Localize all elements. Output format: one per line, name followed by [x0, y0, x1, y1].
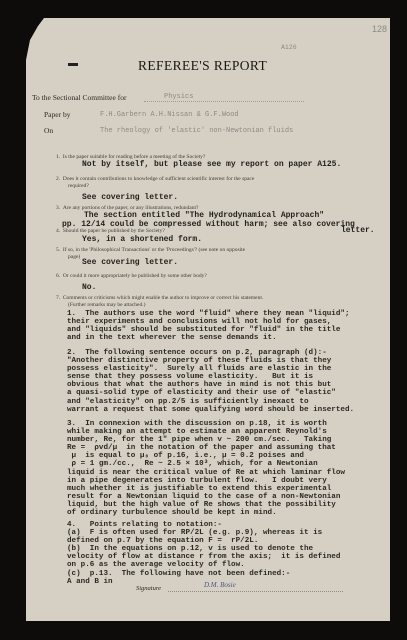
- answer-3-line-3: letter.: [341, 226, 375, 235]
- question-5: 5. If so, in the 'Philosophical Transact…: [56, 247, 245, 254]
- question-4: 4. Should the paper be published by the …: [56, 228, 165, 235]
- committee-field: Physics: [144, 93, 304, 102]
- signature-line: [168, 591, 343, 592]
- comment-4: 4. Points relating to notation:- (a) F i…: [67, 521, 340, 586]
- question-5-cont: page): [68, 254, 80, 261]
- answer-6: No.: [82, 283, 96, 292]
- signature-label: Signature: [136, 585, 161, 592]
- question-7: 7. Comments or criticisms which might en…: [56, 295, 263, 302]
- paper-by-value: F.H.Garbern A.H.Nissan & G.F.Wood: [100, 111, 239, 119]
- signature-value: D.M. Bosie: [204, 581, 236, 589]
- answer-4: Yes, in a shortened form.: [82, 235, 202, 244]
- question-2: 2. Does it contain contributions to know…: [56, 176, 254, 183]
- paper-by-label: Paper by: [44, 110, 70, 119]
- document-title: REFEREE'S REPORT: [138, 58, 267, 74]
- comment-3: 3. In connexion with the discussion on p…: [67, 420, 345, 517]
- answer-1: Not by itself, but please see my report …: [82, 160, 341, 169]
- on-value: The rheology of 'elastic' non-Newtonian …: [100, 127, 293, 135]
- document-page: 128 A126 REFEREE'S REPORT To the Section…: [26, 18, 390, 621]
- answer-5: See covering letter.: [82, 258, 178, 267]
- comment-1: 1. The authors use the word "fluid" wher…: [67, 310, 350, 342]
- on-label: On: [44, 126, 53, 135]
- committee-label: To the Sectional Committee for: [32, 93, 126, 102]
- reference-number: A126: [281, 44, 297, 51]
- ink-mark: [68, 63, 78, 66]
- committee-value: Physics: [144, 93, 193, 101]
- answer-3-line-1: The section entitled "The Hydrodynamical…: [84, 211, 324, 220]
- question-6: 6. Or could it more appropriately be pub…: [56, 273, 207, 280]
- comment-2: 2. The following sentence occurs on p.2,…: [67, 349, 354, 414]
- page-number: 128: [372, 24, 387, 34]
- question-7-cont: (Further remarks may be attached.): [68, 302, 145, 309]
- answer-2: See covering letter.: [82, 193, 178, 202]
- question-2-cont: required?: [68, 183, 89, 190]
